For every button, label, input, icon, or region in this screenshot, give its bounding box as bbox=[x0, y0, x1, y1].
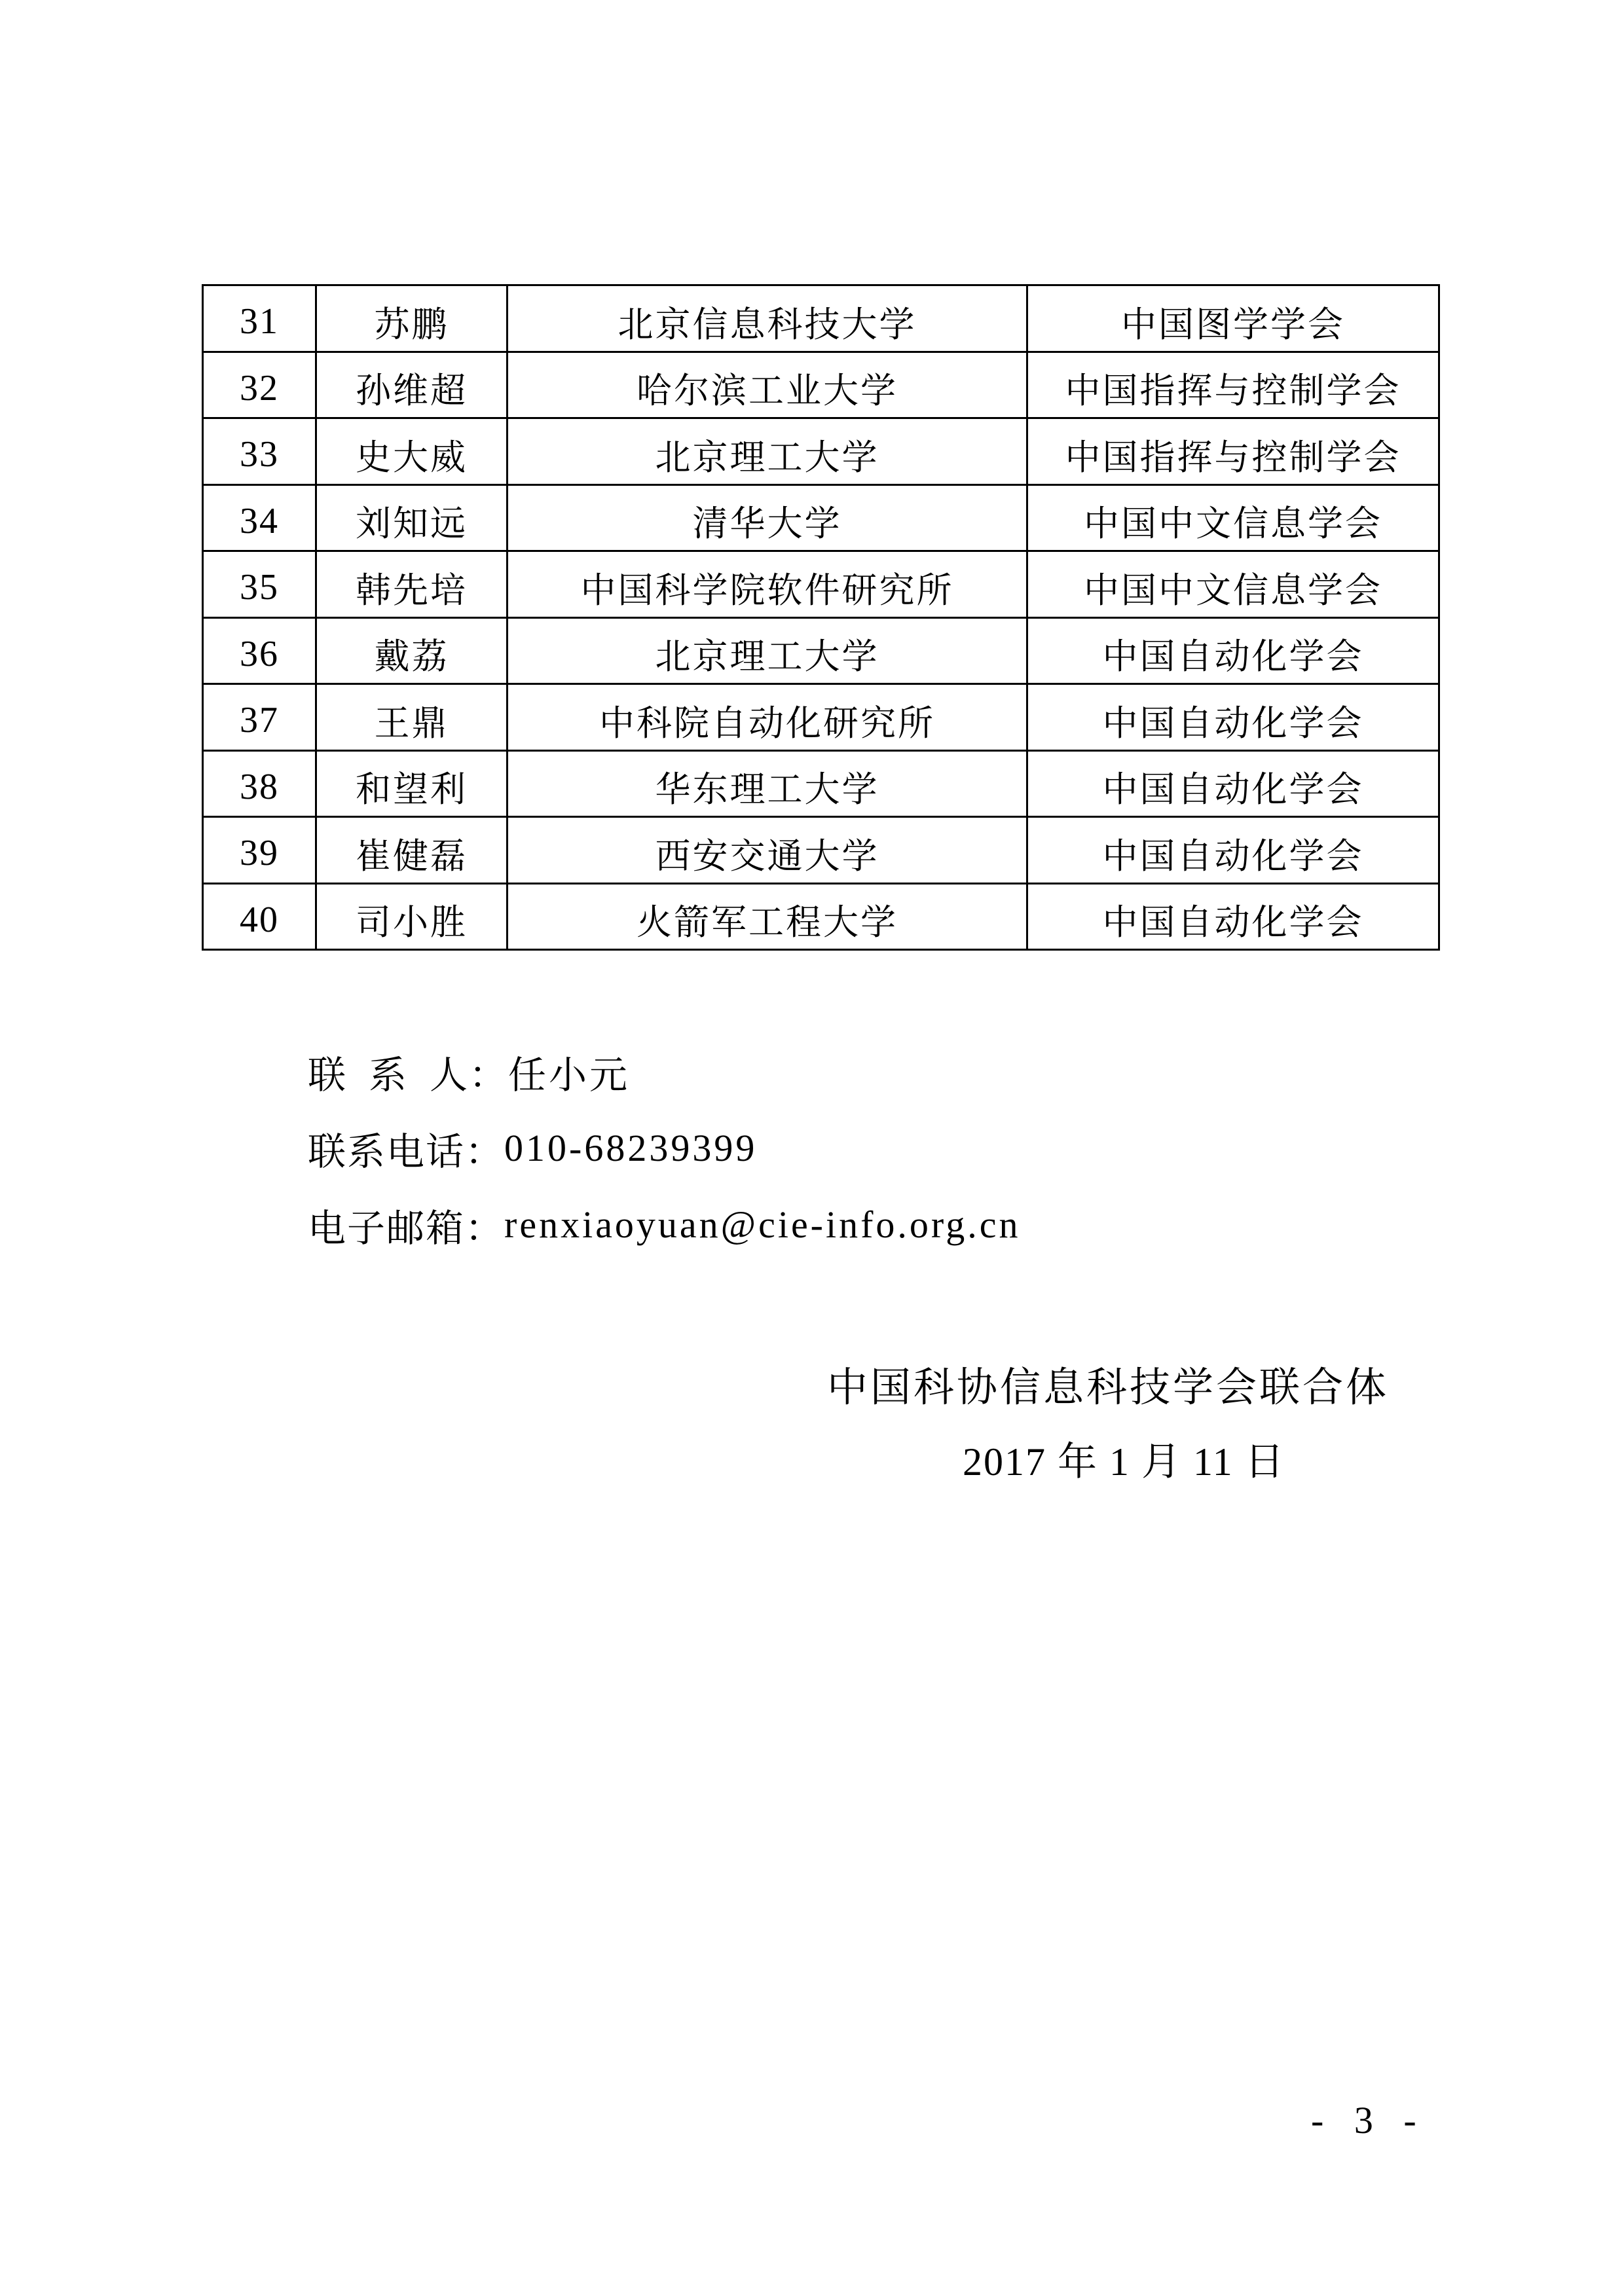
cell-affiliation: 清华大学 bbox=[507, 484, 1027, 551]
cell-name: 和望利 bbox=[316, 750, 507, 817]
cell-society: 中国自动化学会 bbox=[1027, 684, 1439, 751]
cell-name: 刘知远 bbox=[316, 484, 507, 551]
cell-affiliation: 哈尔滨工业大学 bbox=[507, 352, 1027, 418]
cell-society: 中国指挥与控制学会 bbox=[1027, 352, 1439, 418]
cell-name: 史大威 bbox=[316, 418, 507, 485]
cell-society: 中国自动化学会 bbox=[1027, 817, 1439, 884]
cell-society: 中国自动化学会 bbox=[1027, 617, 1439, 684]
cell-society: 中国中文信息学会 bbox=[1027, 484, 1439, 551]
table-row: 36 戴荔 北京理工大学 中国自动化学会 bbox=[203, 617, 1439, 684]
table-row: 34 刘知远 清华大学 中国中文信息学会 bbox=[203, 484, 1439, 551]
contact-phone-label: 联系电话： bbox=[308, 1121, 504, 1176]
contact-person-label: 联 系 人： bbox=[308, 1044, 508, 1099]
document-page: 31 苏鹏 北京信息科技大学 中国图学学会 32 孙维超 哈尔滨工业大学 中国指… bbox=[0, 0, 1624, 2296]
contact-email-label: 电子邮箱： bbox=[308, 1197, 504, 1252]
table-row: 40 司小胜 火箭军工程大学 中国自动化学会 bbox=[203, 883, 1439, 950]
cell-number: 37 bbox=[203, 684, 316, 751]
cell-affiliation: 北京理工大学 bbox=[507, 418, 1027, 485]
cell-number: 40 bbox=[203, 883, 316, 950]
cell-society: 中国自动化学会 bbox=[1027, 883, 1439, 950]
table-row: 38 和望利 华东理工大学 中国自动化学会 bbox=[203, 750, 1439, 817]
contact-person-line: 联 系 人：任小元 bbox=[308, 1033, 1020, 1110]
cell-affiliation: 中国科学院软件研究所 bbox=[507, 551, 1027, 618]
cell-number: 31 bbox=[203, 285, 316, 352]
signature-organization: 中国科协信息科技学会联合体 bbox=[827, 1355, 1389, 1413]
cell-affiliation: 中科院自动化研究所 bbox=[507, 684, 1027, 751]
cell-affiliation: 北京理工大学 bbox=[507, 617, 1027, 684]
cell-number: 34 bbox=[203, 484, 316, 551]
table-row: 31 苏鹏 北京信息科技大学 中国图学学会 bbox=[203, 285, 1439, 352]
cell-number: 32 bbox=[203, 352, 316, 418]
cell-number: 36 bbox=[203, 617, 316, 684]
cell-affiliation: 华东理工大学 bbox=[507, 750, 1027, 817]
cell-name: 戴荔 bbox=[316, 617, 507, 684]
contact-block: 联 系 人：任小元 联系电话：010-68239399 电子邮箱：renxiao… bbox=[308, 1033, 1020, 1263]
cell-name: 王鼎 bbox=[316, 684, 507, 751]
table-row: 32 孙维超 哈尔滨工业大学 中国指挥与控制学会 bbox=[203, 352, 1439, 418]
cell-society: 中国自动化学会 bbox=[1027, 750, 1439, 817]
table-row: 33 史大威 北京理工大学 中国指挥与控制学会 bbox=[203, 418, 1439, 485]
table-row: 39 崔健磊 西安交通大学 中国自动化学会 bbox=[203, 817, 1439, 884]
cell-society: 中国图学学会 bbox=[1027, 285, 1439, 352]
table-row: 37 王鼎 中科院自动化研究所 中国自动化学会 bbox=[203, 684, 1439, 751]
cell-society: 中国中文信息学会 bbox=[1027, 551, 1439, 618]
cell-affiliation: 火箭军工程大学 bbox=[507, 883, 1027, 950]
cell-name: 苏鹏 bbox=[316, 285, 507, 352]
contact-phone-line: 联系电话：010-68239399 bbox=[308, 1110, 1020, 1186]
contact-person-value: 任小元 bbox=[508, 1044, 630, 1099]
cell-number: 35 bbox=[203, 551, 316, 618]
cell-affiliation: 西安交通大学 bbox=[507, 817, 1027, 884]
cell-number: 38 bbox=[203, 750, 316, 817]
signature-date: 2017 年 1 月 11 日 bbox=[963, 1430, 1285, 1487]
roster-table: 31 苏鹏 北京信息科技大学 中国图学学会 32 孙维超 哈尔滨工业大学 中国指… bbox=[202, 284, 1440, 951]
cell-name: 司小胜 bbox=[316, 883, 507, 950]
cell-name: 崔健磊 bbox=[316, 817, 507, 884]
cell-affiliation: 北京信息科技大学 bbox=[507, 285, 1027, 352]
contact-email-line: 电子邮箱：renxiaoyuan@cie-info.org.cn bbox=[308, 1186, 1020, 1263]
cell-number: 39 bbox=[203, 817, 316, 884]
page-number: - 3 - bbox=[1311, 2098, 1427, 2142]
contact-phone-value: 010-68239399 bbox=[504, 1126, 757, 1170]
cell-number: 33 bbox=[203, 418, 316, 485]
cell-name: 韩先培 bbox=[316, 551, 507, 618]
cell-society: 中国指挥与控制学会 bbox=[1027, 418, 1439, 485]
table-row: 35 韩先培 中国科学院软件研究所 中国中文信息学会 bbox=[203, 551, 1439, 618]
cell-name: 孙维超 bbox=[316, 352, 507, 418]
contact-email-value: renxiaoyuan@cie-info.org.cn bbox=[504, 1203, 1020, 1247]
